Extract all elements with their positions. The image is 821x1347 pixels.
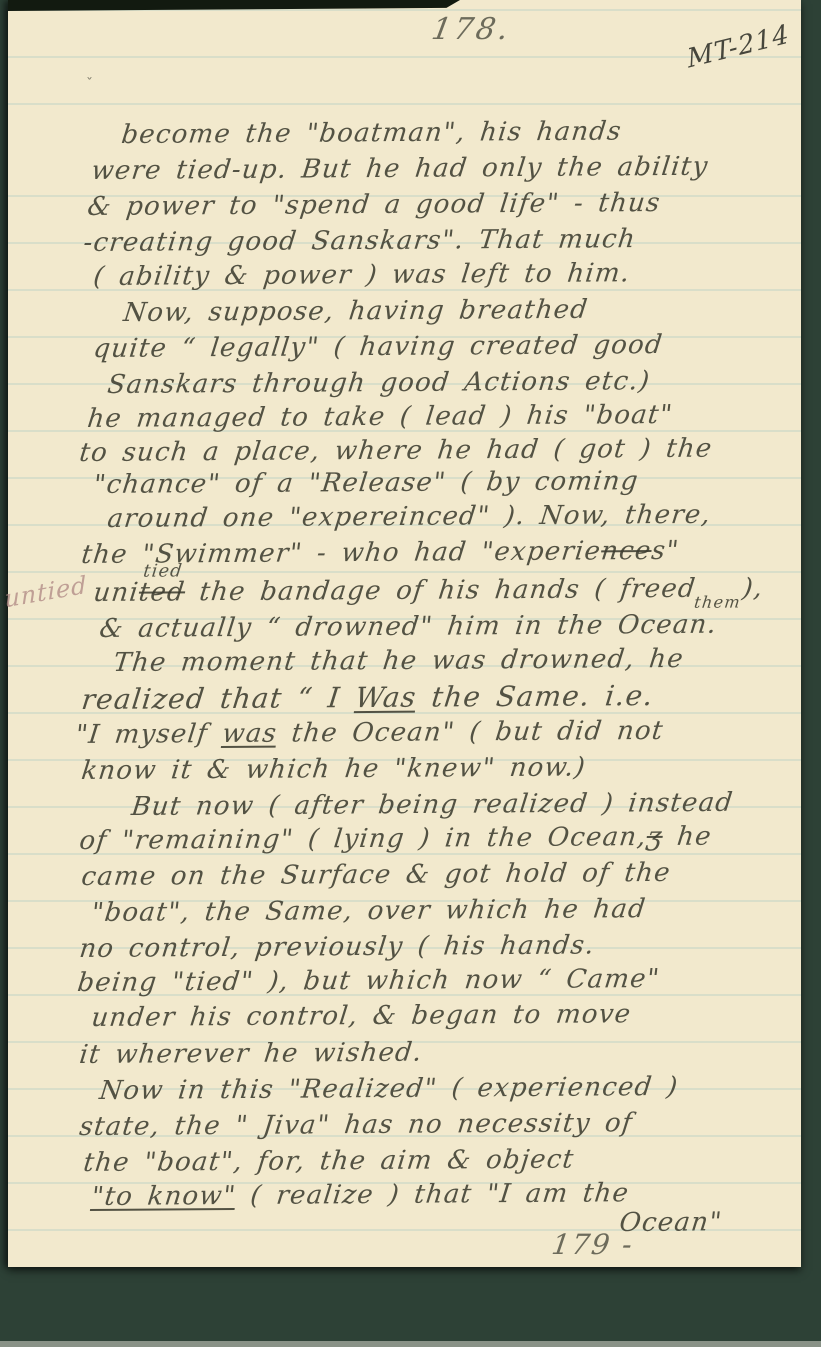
manuscript-line: Now, suppose, having breathed: [122, 297, 590, 326]
manuscript-line: "to know" ( realize ) that "I am the: [90, 1180, 631, 1210]
manuscript-line: "I myself was the Ocean" ( but did not: [74, 718, 665, 748]
manuscript-line: ( ability & power ) was left to him.: [92, 260, 632, 290]
manuscript-line: being "tied" ), but which now “ Came": [76, 966, 661, 996]
manuscript-line: state, the " Jiva" has no necessity of: [78, 1110, 634, 1140]
manuscript-line: realized that “ I Was the Same. i.e.: [80, 682, 655, 714]
manuscript-line: it wherever he wished.: [78, 1040, 424, 1068]
manuscript-line: quite “ legally" ( having created good: [92, 332, 664, 362]
manuscript-line: become the "boatman", his hands: [120, 119, 623, 148]
manuscript-line: the "boat", for, the aim & object: [82, 1147, 576, 1176]
manuscript-line: of "remaining" ( lying ) in the Ocean,ʒ …: [78, 824, 713, 854]
manuscript-line: under his control, & began to move: [90, 1001, 633, 1031]
manuscript-line: around one "expereinced" ). Now, there,: [106, 502, 713, 532]
manuscript-line: & actually “ drowned" him in the Ocean.: [98, 612, 719, 642]
scan-edge-strip: [0, 1341, 821, 1347]
manuscript-line: & power to "spend a good life" - thus: [86, 190, 662, 220]
manuscript-line: -creating good Sanskars". That much: [82, 226, 637, 256]
page-top-shadow: [8, 0, 460, 11]
manuscript-line: But now ( after being realized ) instead: [130, 790, 735, 820]
page-number-bottom: 179 -: [550, 1228, 636, 1261]
stray-pencil-mark: ˇ: [86, 76, 93, 92]
manuscript-line: "boat", the Same, over which he had: [90, 896, 647, 926]
manuscript-line: came on the Surface & got hold of the: [80, 860, 672, 890]
manuscript-line: he managed to take ( lead ) his "boat": [86, 402, 674, 432]
manuscript-line: no control, previously ( his hands.: [78, 932, 596, 962]
manuscript-line: to such a place, where he had ( got ) th…: [78, 436, 714, 466]
manuscript-line: know it & which he "knew" now.): [80, 754, 587, 784]
manuscript-line: Sanskars through good Actions etc.): [106, 368, 652, 398]
page-number-top: 178.: [429, 12, 514, 47]
manuscript-line: Now in this "Realized" ( experienced ): [98, 1074, 680, 1104]
manuscript-line: "chance" of a "Release" ( by coming: [92, 468, 640, 498]
manuscript-line: were tied-up. But he had only the abilit…: [90, 154, 710, 184]
manuscript-line: The moment that he was drowned, he: [112, 646, 685, 676]
manuscript-line: unitedtied the bandage of his hands ( fr…: [92, 575, 765, 606]
